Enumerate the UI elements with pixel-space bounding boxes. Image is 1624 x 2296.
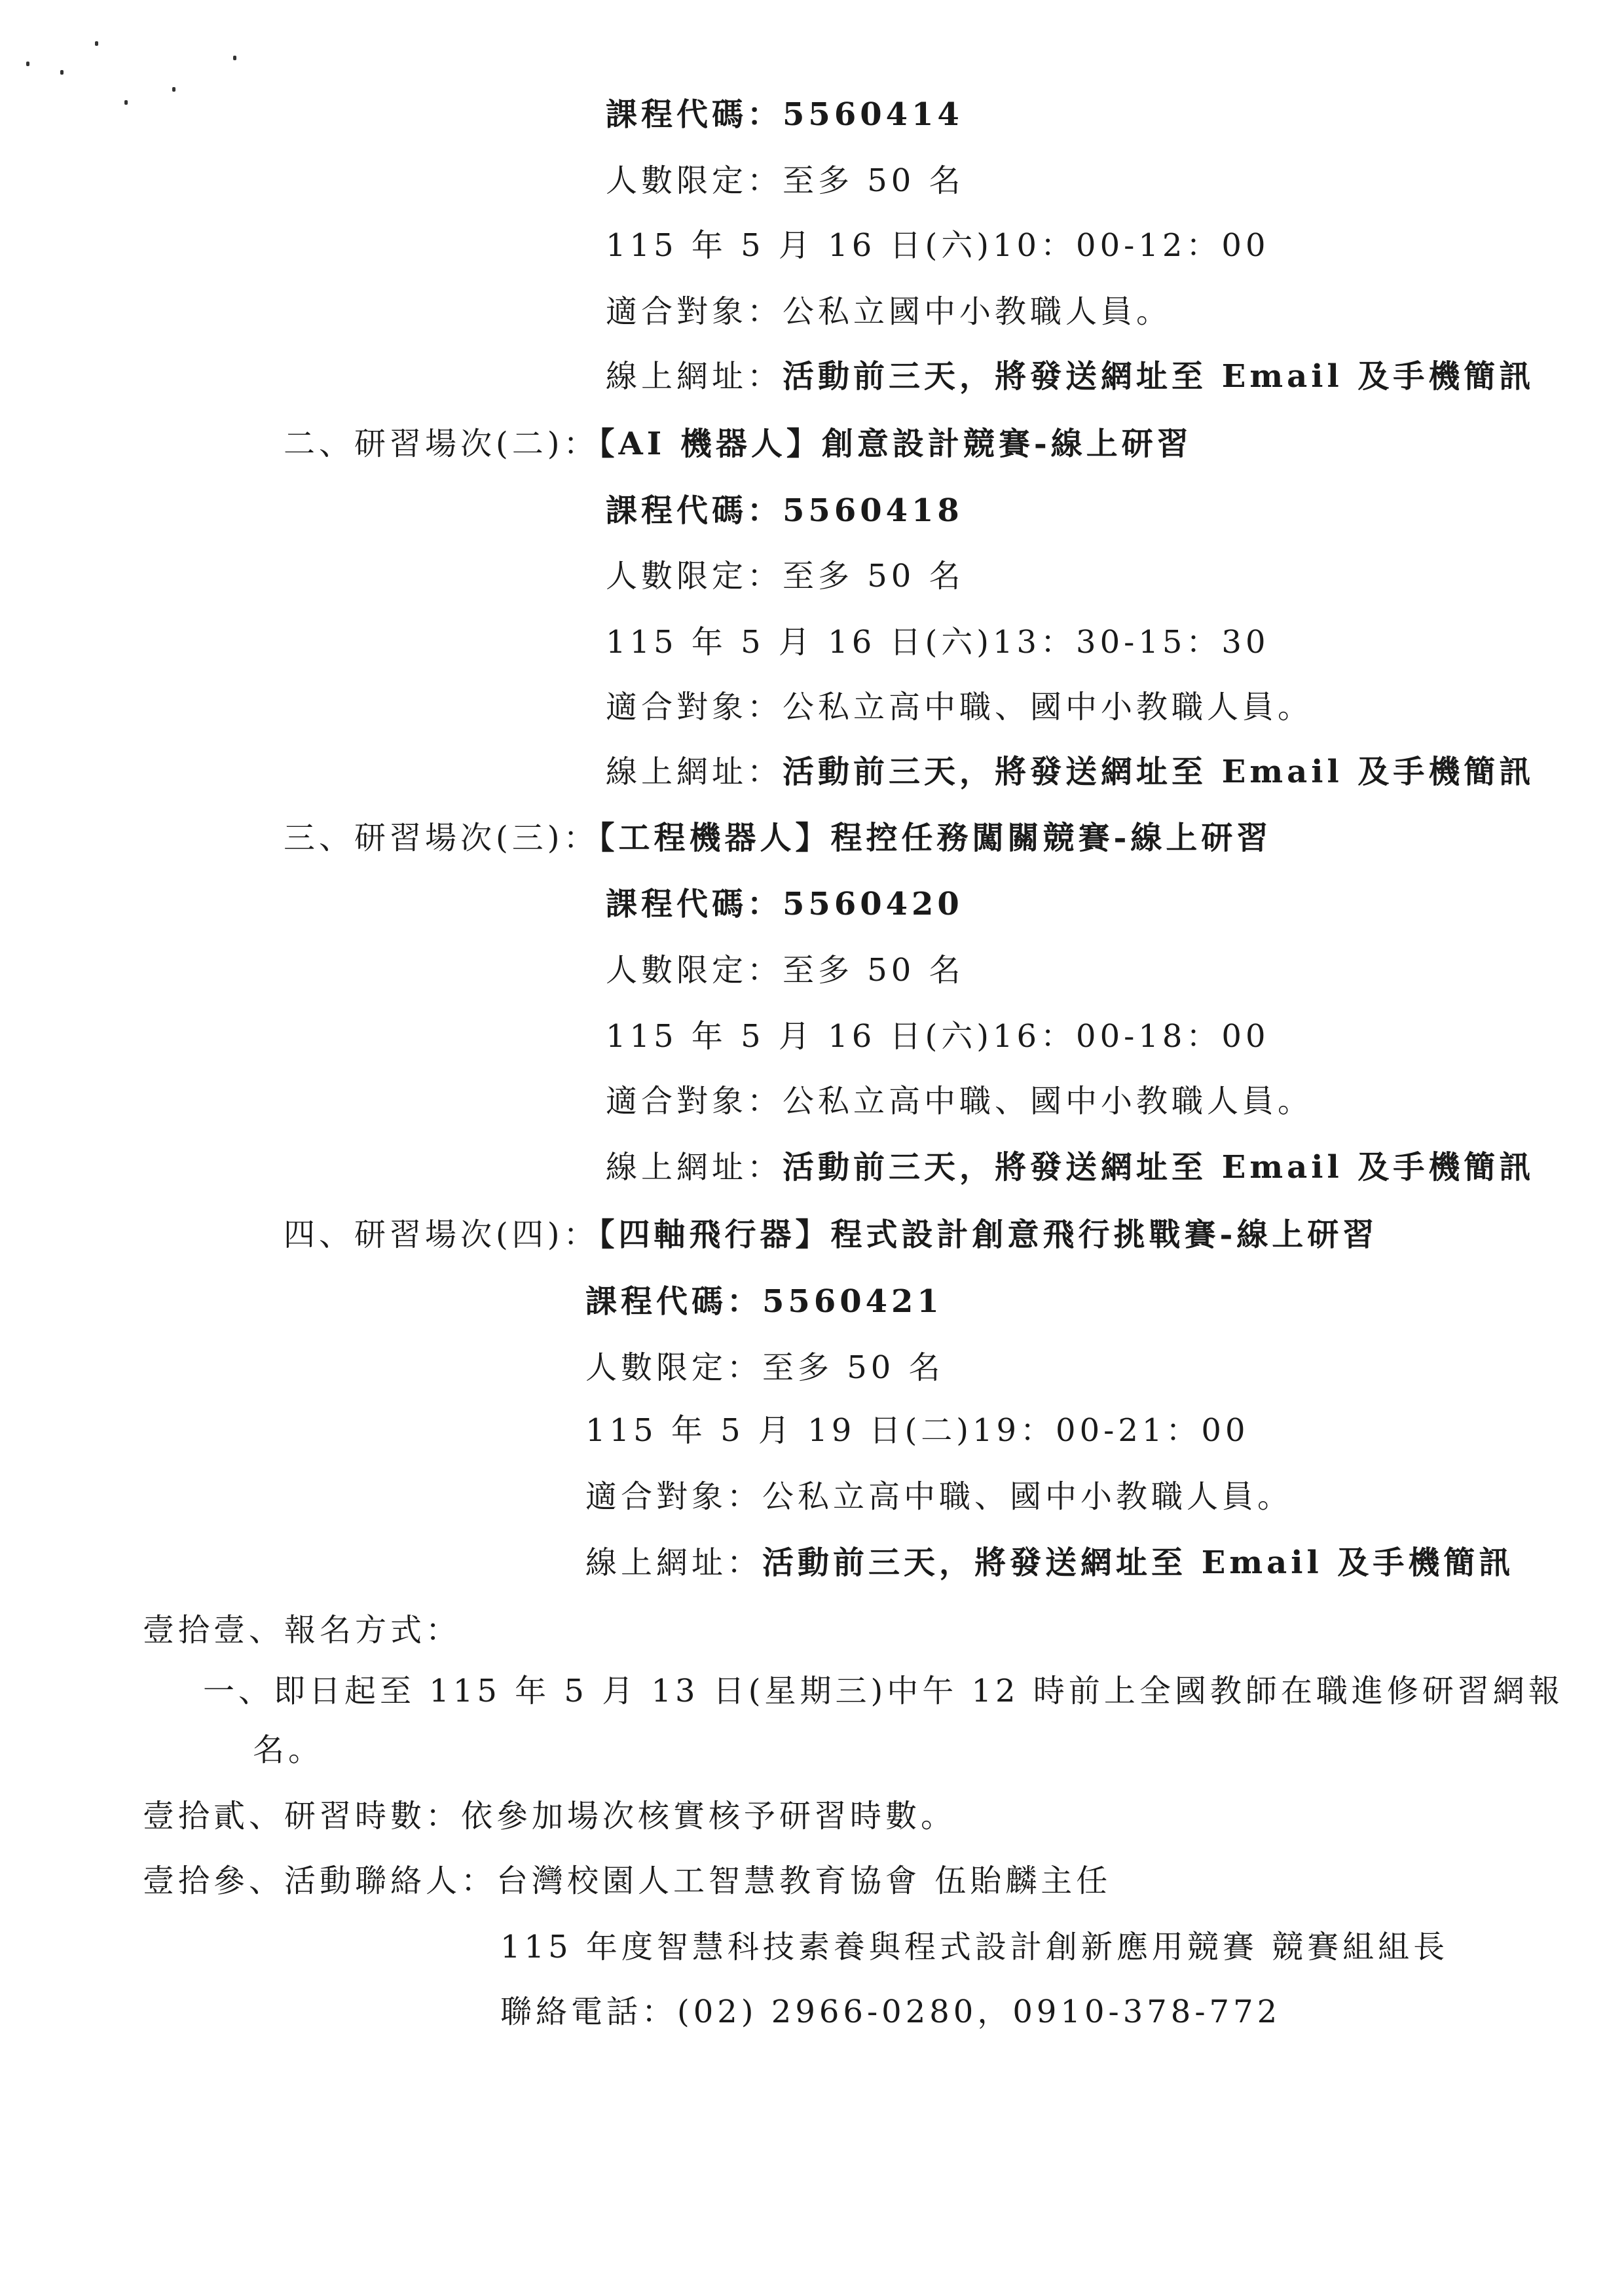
online-url-line: 線上網址：活動前三天，將發送網址至 Email 及手機簡訊	[606, 752, 1534, 792]
registration-heading: 壹拾壹、報名方式：	[143, 1611, 461, 1650]
registration-item-1: 一、即日起至 115 年 5 月 13 日(星期三)中午 12 時前上全國教師在…	[203, 1671, 1564, 1711]
capacity-line: 人數限定：至多 50 名	[585, 1348, 944, 1387]
training-hours: 壹拾貳、研習時數：依參加場次核實核予研習時數。	[143, 1796, 956, 1836]
scan-speck	[233, 56, 236, 60]
capacity-line: 人數限定：至多 50 名	[606, 161, 965, 200]
contact-person: 壹拾參、活動聯絡人：台灣校園人工智慧教育協會 伍貽麟主任	[143, 1861, 1111, 1901]
datetime-line: 115 年 5 月 16 日(六)16：00-18：00	[606, 1017, 1270, 1056]
course-code-label: 課程代碼：	[606, 96, 783, 133]
contact-phone: 聯絡電話：(02) 2966-0280，0910-378-772	[500, 1992, 1281, 2032]
online-url-line: 線上網址：活動前三天，將發送網址至 Email 及手機簡訊	[585, 1543, 1514, 1582]
scan-speck	[172, 87, 175, 92]
course-code-label: 課程代碼：	[606, 886, 783, 922]
course-code-value: 5560418	[783, 492, 963, 529]
session-heading: 二、研習場次(二)：【AI 機器人】創意設計競賽-線上研習	[284, 424, 1192, 464]
online-url-label: 線上網址：	[606, 1149, 783, 1186]
datetime-line: 115 年 5 月 16 日(六)10：00-12：00	[606, 226, 1270, 265]
scan-speck	[26, 62, 29, 66]
online-url-line: 線上網址：活動前三天，將發送網址至 Email 及手機簡訊	[606, 357, 1534, 396]
course-code-line: 課程代碼：5560420	[606, 884, 963, 924]
scan-speck	[124, 100, 128, 105]
online-url-label: 線上網址：	[606, 358, 783, 395]
audience-line: 適合對象：公私立國中小教職人員。	[606, 292, 1172, 331]
course-code-label: 課程代碼：	[606, 492, 783, 529]
course-code-value: 5560421	[762, 1283, 943, 1320]
audience-line: 適合對象：公私立高中職、國中小教職人員。	[606, 1082, 1313, 1121]
session-heading-title: 【四軸飛行器】程式設計創意飛行挑戰賽-線上研習	[599, 1216, 1378, 1253]
online-url-text: 活動前三天，將發送網址至 Email 及手機簡訊	[783, 1149, 1534, 1186]
capacity-line: 人數限定：至多 50 名	[606, 951, 965, 990]
scan-speck	[60, 70, 64, 75]
online-url-line: 線上網址：活動前三天，將發送網址至 Email 及手機簡訊	[606, 1148, 1534, 1187]
session-heading-title: 【AI 機器人】創意設計競賽-線上研習	[599, 426, 1192, 462]
datetime-line: 115 年 5 月 19 日(二)19：00-21：00	[585, 1411, 1249, 1450]
session-heading-prefix: 三、研習場次(三)：	[284, 820, 599, 856]
datetime-line: 115 年 5 月 16 日(六)13：30-15：30	[606, 623, 1270, 662]
capacity-line: 人數限定：至多 50 名	[606, 556, 965, 596]
online-url-text: 活動前三天，將發送網址至 Email 及手機簡訊	[783, 358, 1534, 395]
session-heading: 三、研習場次(三)：【工程機器人】程控任務闖關競賽-線上研習	[284, 818, 1272, 858]
online-url-text: 活動前三天，將發送網址至 Email 及手機簡訊	[783, 754, 1534, 790]
course-code-line: 課程代碼：5560421	[585, 1282, 943, 1321]
registration-item-1-cont: 名。	[253, 1730, 323, 1770]
online-url-label: 線上網址：	[606, 754, 783, 790]
online-url-text: 活動前三天，將發送網址至 Email 及手機簡訊	[762, 1544, 1514, 1581]
contact-title: 115 年度智慧科技素養與程式設計創新應用競賽 競賽組組長	[500, 1927, 1449, 1967]
session-heading-title: 【工程機器人】程控任務闖關競賽-線上研習	[599, 820, 1272, 856]
session-heading: 四、研習場次(四)：【四軸飛行器】程式設計創意飛行挑戰賽-線上研習	[284, 1215, 1378, 1254]
online-url-label: 線上網址：	[585, 1544, 762, 1581]
course-code-value: 5560414	[783, 96, 963, 133]
session-heading-prefix: 四、研習場次(四)：	[284, 1216, 599, 1253]
course-code-line: 課程代碼：5560418	[606, 491, 963, 530]
audience-line: 適合對象：公私立高中職、國中小教職人員。	[585, 1477, 1293, 1516]
session-heading-prefix: 二、研習場次(二)：	[284, 426, 599, 462]
course-code-value: 5560420	[783, 886, 963, 922]
scan-speck	[95, 41, 98, 46]
course-code-line: 課程代碼：5560414	[606, 95, 963, 134]
course-code-label: 課程代碼：	[585, 1283, 762, 1320]
audience-line: 適合對象：公私立高中職、國中小教職人員。	[606, 687, 1313, 727]
